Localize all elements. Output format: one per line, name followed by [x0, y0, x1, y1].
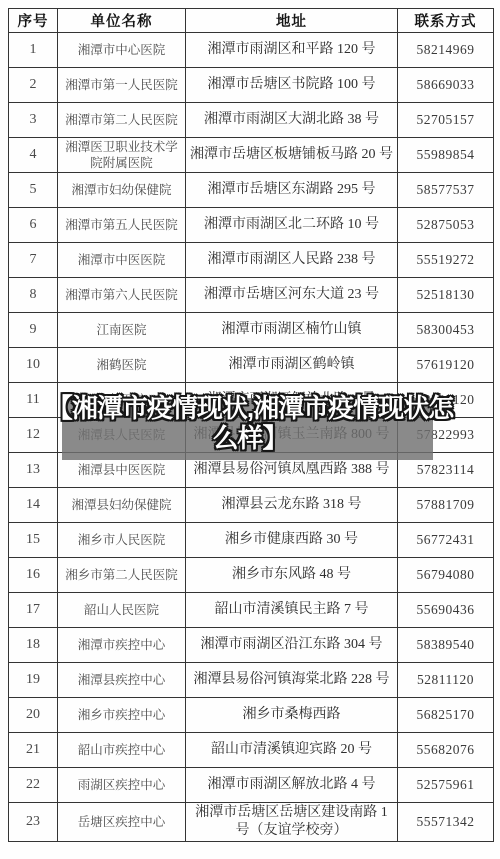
table-row: 8 湘潭市第六人民医院 湘潭市岳塘区河东大道 23 号 52518130	[9, 278, 494, 313]
address-cell: 湘潭市雨湖区楠竹山镇	[186, 313, 398, 348]
serial-number-cell: 4	[9, 138, 58, 173]
serial-number-cell: 21	[9, 733, 58, 768]
serial-number-cell: 20	[9, 698, 58, 733]
address-cell: 湘潭市雨湖区和平路 120 号	[186, 33, 398, 68]
address-cell: 湘乡市健康西路 30 号	[186, 523, 398, 558]
unit-name-cell: 湘乡市人民医院	[58, 523, 186, 558]
serial-number-cell: 15	[9, 523, 58, 558]
phone-cell: 55989854	[398, 138, 494, 173]
phone-cell: 52875053	[398, 208, 494, 243]
phone-cell: 56825170	[398, 698, 494, 733]
unit-name-cell: 雨湖区疾控中心	[58, 768, 186, 803]
phone-cell: 55571342	[398, 803, 494, 842]
phone-cell: 52705157	[398, 103, 494, 138]
address-cell: 湘潭市岳塘区书院路 100 号	[186, 68, 398, 103]
table-row: 14 湘潭县妇幼保健院 湘潭县云龙东路 318 号 57881709	[9, 488, 494, 523]
unit-name-cell: 湘潭市第一人民医院	[58, 68, 186, 103]
table-row: 15 湘乡市人民医院 湘乡市健康西路 30 号 56772431	[9, 523, 494, 558]
unit-name-cell: 湘乡市第二人民医院	[58, 558, 186, 593]
serial-number-cell: 8	[9, 278, 58, 313]
table-row: 5 湘潭市妇幼保健院 湘潭市岳塘区东湖路 295 号 58577537	[9, 173, 494, 208]
watermark-title-line-2: 么样】	[32, 423, 468, 453]
header-address: 地址	[186, 9, 398, 33]
phone-cell: 57881709	[398, 488, 494, 523]
unit-name-cell: 湘潭县疾控中心	[58, 663, 186, 698]
header-contact: 联系方式	[398, 9, 494, 33]
unit-name-cell: 韶山人民医院	[58, 593, 186, 628]
table-row: 6 湘潭市第五人民医院 湘潭市雨湖区北二环路 10 号 52875053	[9, 208, 494, 243]
address-cell: 湘潭市雨湖区人民路 238 号	[186, 243, 398, 278]
address-cell: 湘潭市雨湖区北二环路 10 号	[186, 208, 398, 243]
table-row: 2 湘潭市第一人民医院 湘潭市岳塘区书院路 100 号 58669033	[9, 68, 494, 103]
header-serial-number: 序号	[9, 9, 58, 33]
serial-number-cell: 10	[9, 348, 58, 383]
phone-cell: 58389540	[398, 628, 494, 663]
serial-number-cell: 1	[9, 33, 58, 68]
phone-cell: 52575961	[398, 768, 494, 803]
serial-number-cell: 17	[9, 593, 58, 628]
unit-name-cell: 江南医院	[58, 313, 186, 348]
phone-cell: 52811120	[398, 663, 494, 698]
address-cell: 湘潭县易俗河镇海棠北路 228 号	[186, 663, 398, 698]
phone-cell: 58669033	[398, 68, 494, 103]
table-row: 3 湘潭市第二人民医院 湘潭市雨湖区大湖北路 38 号 52705157	[9, 103, 494, 138]
table-row: 22 雨湖区疾控中心 湘潭市雨湖区解放北路 4 号 52575961	[9, 768, 494, 803]
address-cell: 湘潭市岳塘区板塘铺板马路 20 号	[186, 138, 398, 173]
serial-number-cell: 3	[9, 103, 58, 138]
unit-name-cell: 湘潭市第二人民医院	[58, 103, 186, 138]
watermark-title: 【湘潭市疫情现状,湘潭市疫情现状怎 么样】	[32, 393, 468, 453]
table-row: 19 湘潭县疾控中心 湘潭县易俗河镇海棠北路 228 号 52811120	[9, 663, 494, 698]
page-root: 序号 单位名称 地址 联系方式 1 湘潭市中心医院 湘潭市雨湖区和平路 120 …	[0, 0, 500, 859]
serial-number-cell: 23	[9, 803, 58, 842]
serial-number-cell: 5	[9, 173, 58, 208]
table-row: 4 湘潭医卫职业技术学院附属医院 湘潭市岳塘区板塘铺板马路 20 号 55989…	[9, 138, 494, 173]
serial-number-cell: 7	[9, 243, 58, 278]
table-row: 17 韶山人民医院 韶山市清溪镇民主路 7 号 55690436	[9, 593, 494, 628]
table-header: 序号 单位名称 地址 联系方式	[9, 9, 494, 33]
phone-cell: 52518130	[398, 278, 494, 313]
address-cell: 湘潭市岳塘区岳塘区建设南路 1 号（友谊学校旁）	[186, 803, 398, 842]
table-row: 23 岳塘区疾控中心 湘潭市岳塘区岳塘区建设南路 1 号（友谊学校旁） 5557…	[9, 803, 494, 842]
unit-name-cell: 湘潭县妇幼保健院	[58, 488, 186, 523]
serial-number-cell: 9	[9, 313, 58, 348]
serial-number-cell: 19	[9, 663, 58, 698]
table-row: 1 湘潭市中心医院 湘潭市雨湖区和平路 120 号 58214969	[9, 33, 494, 68]
unit-name-cell: 湘鹤医院	[58, 348, 186, 383]
unit-name-cell: 湘潭市第六人民医院	[58, 278, 186, 313]
table-row: 20 湘乡市疾控中心 湘乡市桑梅西路 56825170	[9, 698, 494, 733]
phone-cell: 57619120	[398, 348, 494, 383]
address-cell: 湘潭市雨湖区鹤岭镇	[186, 348, 398, 383]
unit-name-cell: 湘潭市中医医院	[58, 243, 186, 278]
unit-name-cell: 湘潭市疾控中心	[58, 628, 186, 663]
table-row: 10 湘鹤医院 湘潭市雨湖区鹤岭镇 57619120	[9, 348, 494, 383]
table-row: 9 江南医院 湘潭市雨湖区楠竹山镇 58300453	[9, 313, 494, 348]
unit-name-cell: 韶山市疾控中心	[58, 733, 186, 768]
phone-cell: 58300453	[398, 313, 494, 348]
unit-name-cell: 湘潭市中心医院	[58, 33, 186, 68]
address-cell: 湘潭市雨湖区沿江东路 304 号	[186, 628, 398, 663]
unit-name-cell: 湘潭市妇幼保健院	[58, 173, 186, 208]
serial-number-cell: 18	[9, 628, 58, 663]
serial-number-cell: 14	[9, 488, 58, 523]
unit-name-cell: 湘潭医卫职业技术学院附属医院	[58, 138, 186, 173]
unit-name-cell: 岳塘区疾控中心	[58, 803, 186, 842]
phone-cell: 55519272	[398, 243, 494, 278]
serial-number-cell: 13	[9, 453, 58, 488]
phone-cell: 55682076	[398, 733, 494, 768]
unit-name-cell: 湘乡市疾控中心	[58, 698, 186, 733]
watermark-title-line-1: 【湘潭市疫情现状,湘潭市疫情现状怎	[32, 393, 468, 423]
header-unit-name: 单位名称	[58, 9, 186, 33]
address-cell: 湘潭县云龙东路 318 号	[186, 488, 398, 523]
address-cell: 湘乡市东风路 48 号	[186, 558, 398, 593]
table-row: 16 湘乡市第二人民医院 湘乡市东风路 48 号 56794080	[9, 558, 494, 593]
phone-cell: 56794080	[398, 558, 494, 593]
unit-name-cell: 湘潭市第五人民医院	[58, 208, 186, 243]
address-cell: 湘潭市雨湖区解放北路 4 号	[186, 768, 398, 803]
address-cell: 湘潭市岳塘区河东大道 23 号	[186, 278, 398, 313]
address-cell: 韶山市清溪镇民主路 7 号	[186, 593, 398, 628]
table-row: 21 韶山市疾控中心 韶山市清溪镇迎宾路 20 号 55682076	[9, 733, 494, 768]
header-row: 序号 单位名称 地址 联系方式	[9, 9, 494, 33]
serial-number-cell: 22	[9, 768, 58, 803]
address-cell: 湘乡市桑梅西路	[186, 698, 398, 733]
table-row: 18 湘潭市疾控中心 湘潭市雨湖区沿江东路 304 号 58389540	[9, 628, 494, 663]
table-row: 7 湘潭市中医医院 湘潭市雨湖区人民路 238 号 55519272	[9, 243, 494, 278]
serial-number-cell: 16	[9, 558, 58, 593]
address-cell: 湘潭市雨湖区大湖北路 38 号	[186, 103, 398, 138]
address-cell: 韶山市清溪镇迎宾路 20 号	[186, 733, 398, 768]
serial-number-cell: 2	[9, 68, 58, 103]
phone-cell: 58577537	[398, 173, 494, 208]
phone-cell: 58214969	[398, 33, 494, 68]
phone-cell: 56772431	[398, 523, 494, 558]
serial-number-cell: 6	[9, 208, 58, 243]
address-cell: 湘潭市岳塘区东湖路 295 号	[186, 173, 398, 208]
phone-cell: 55690436	[398, 593, 494, 628]
